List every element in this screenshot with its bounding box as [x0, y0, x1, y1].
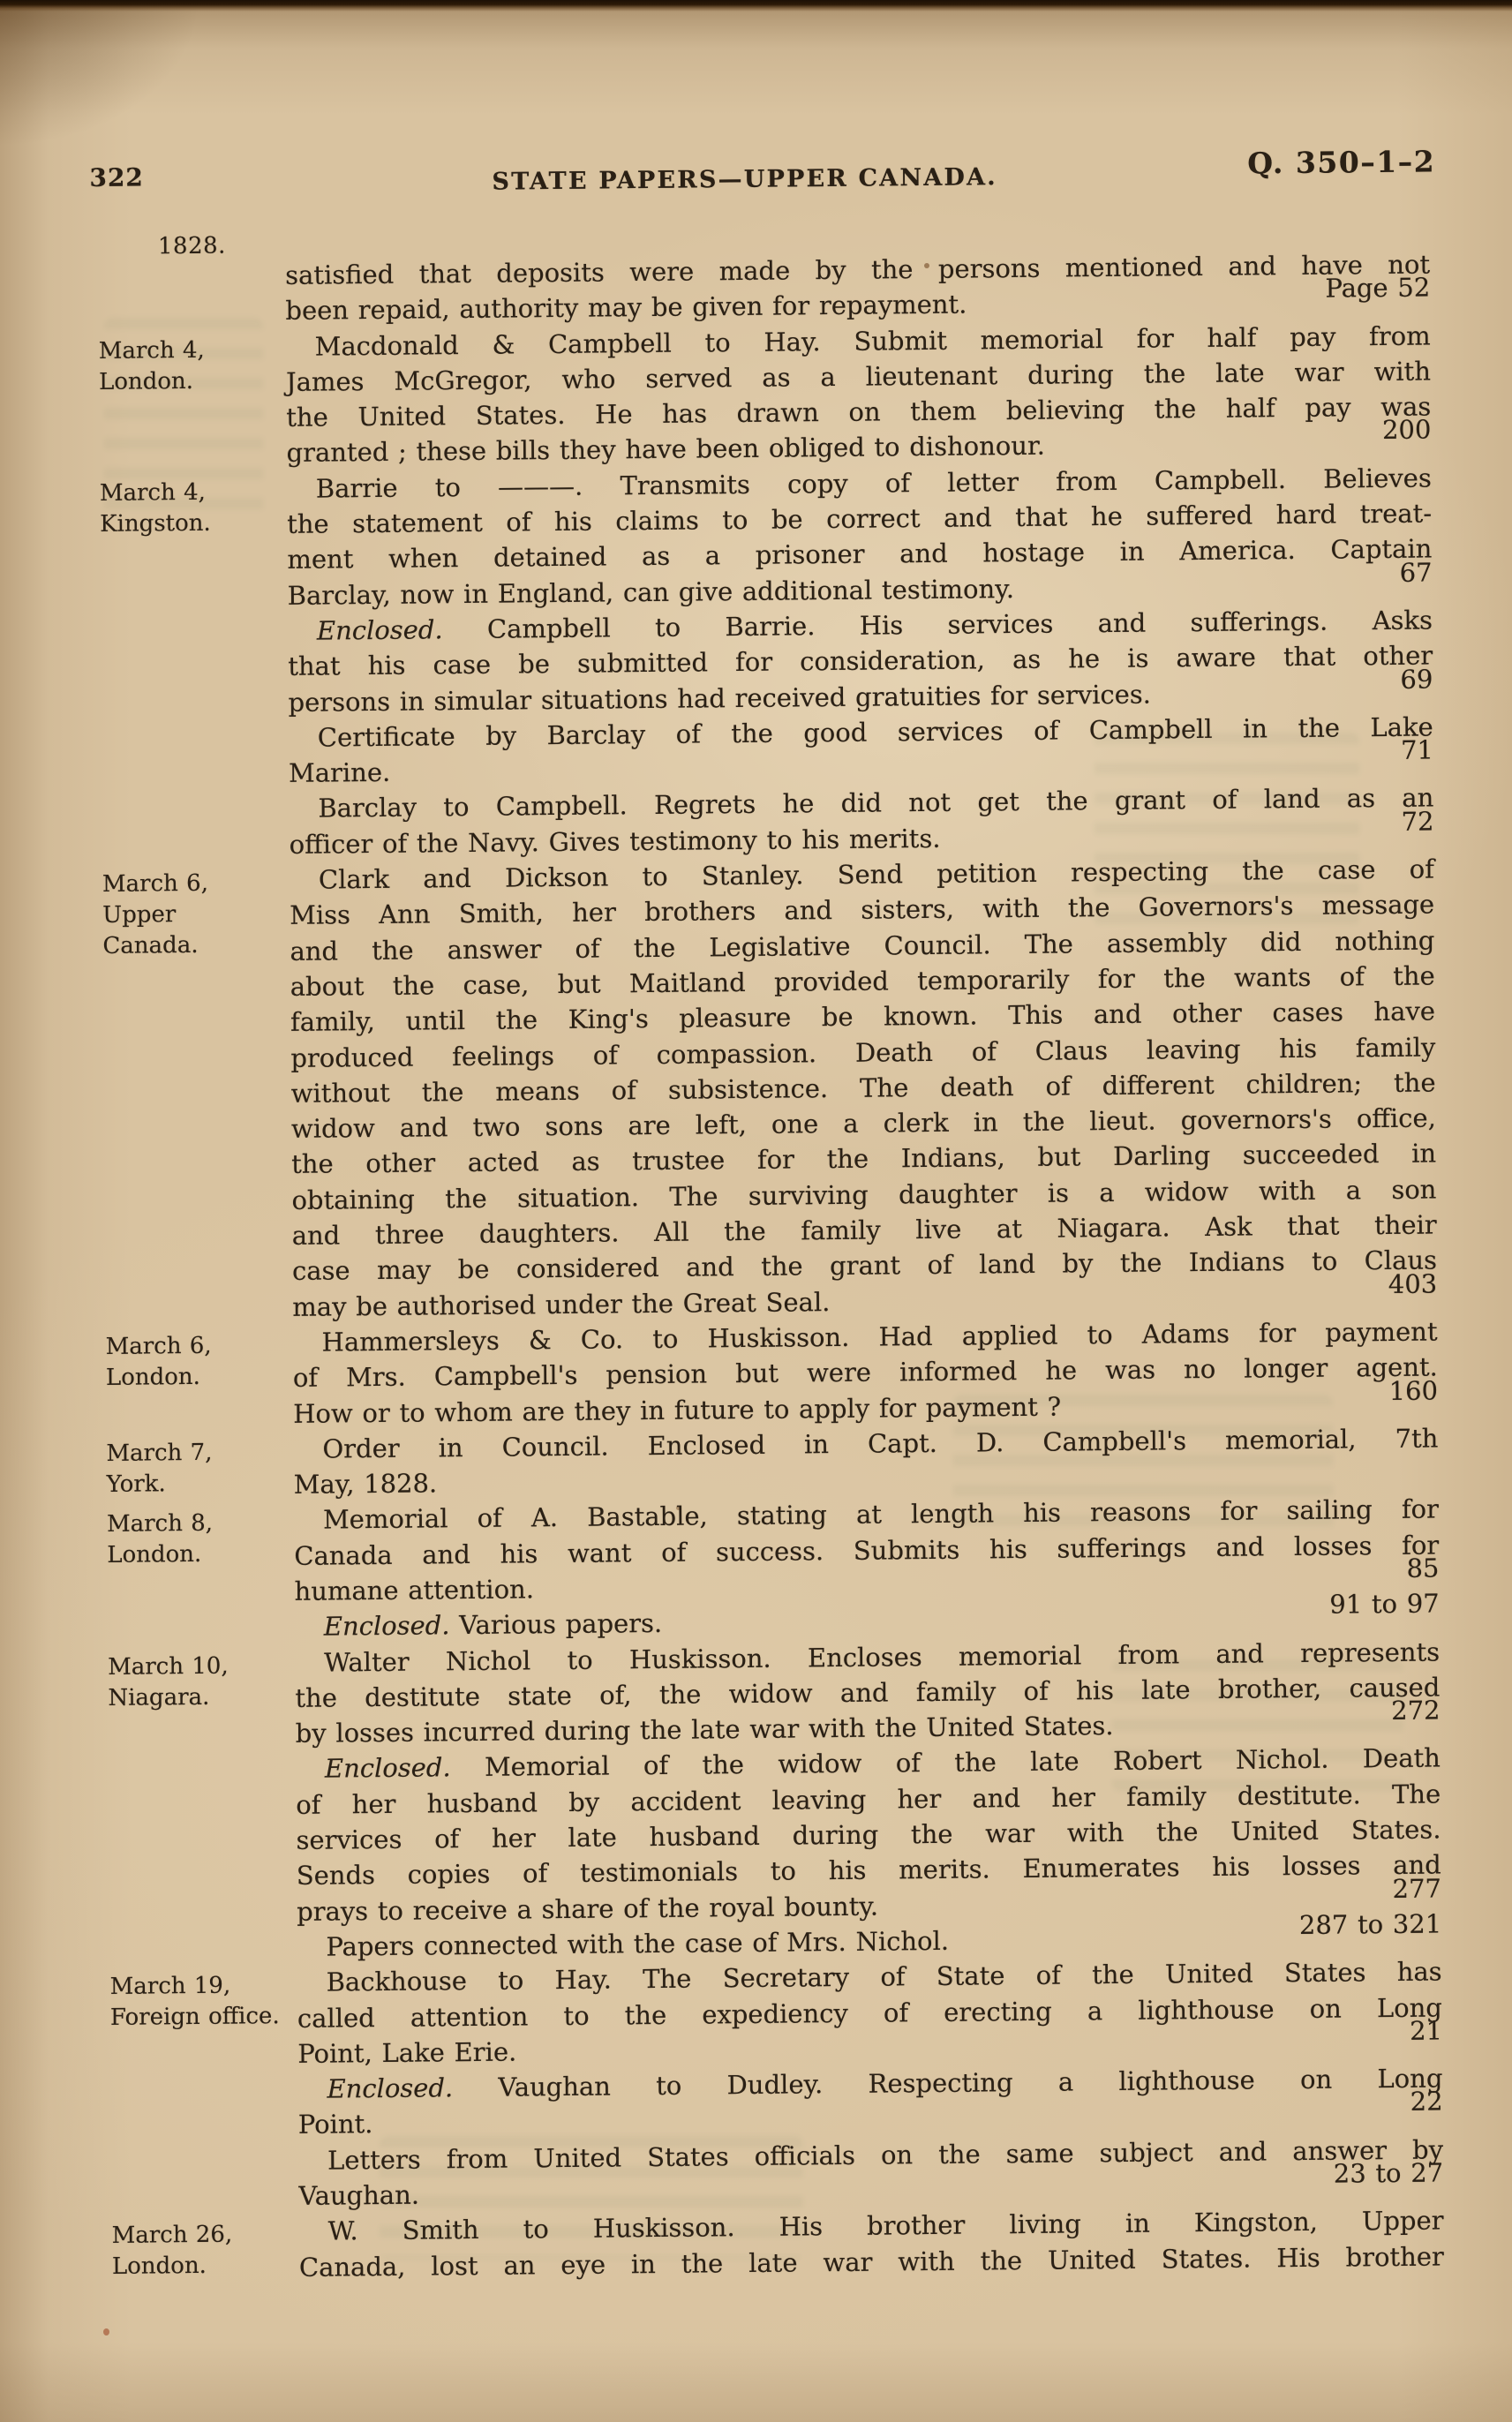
margin-date-line: York. — [107, 1468, 289, 1501]
index-entry: satisfied that deposits were made by the… — [285, 246, 1430, 328]
enclosed-italic-lead: Enclosed. — [317, 614, 443, 645]
page-ref: 21 — [1410, 2012, 1442, 2049]
page-ref: 22 — [1410, 2084, 1443, 2120]
page-ref: 200 — [1382, 412, 1432, 448]
margin-date-note: March 26,London. — [112, 2219, 294, 2283]
page-ref: Page 52 — [1325, 270, 1430, 306]
margin-date-note: March 4,London. — [99, 335, 281, 398]
index-entry: Enclosed. Memorial of the widow of the l… — [296, 1741, 1441, 1929]
margin-date-note: March 19,Foreign office. — [110, 1970, 292, 2034]
index-entry: Enclosed. Vaughan to Dudley. Respecting … — [297, 2061, 1442, 2143]
folio-reference: Q. 350–1–2 — [1247, 144, 1435, 180]
index-entry: Certificate by Barclay of the good servi… — [289, 709, 1433, 791]
margin-date-line: March 4, — [100, 477, 282, 509]
scanned-content: 322 STATE PAPERS—UPPER CANADA. Q. 350–1–… — [0, 0, 1512, 2422]
page-ref: 277 — [1392, 1870, 1441, 1907]
index-entries: satisfied that deposits were made by the… — [285, 246, 1444, 2284]
page-ref: 160 — [1389, 1373, 1439, 1409]
margin-date-line: March 7, — [106, 1437, 288, 1470]
margin-date-line: March 6, — [102, 868, 284, 900]
scan-edge-artifact — [0, 0, 1512, 11]
index-entry: March 8,London.Memorial of A. Bastable, … — [294, 1492, 1440, 1609]
margin-date-line: London. — [99, 365, 281, 398]
index-entry: March 10,Niagara.Walter Nichol to Huskis… — [295, 1634, 1441, 1751]
document-page: 322 STATE PAPERS—UPPER CANADA. Q. 350–1–… — [0, 0, 1512, 2422]
margin-date-line: Niagara. — [108, 1681, 290, 1714]
running-title: STATE PAPERS—UPPER CANADA. — [492, 163, 997, 195]
margin-date-note: March 6,UpperCanada. — [102, 868, 285, 962]
index-entry: Enclosed. Campbell to Barrie. His servic… — [288, 602, 1433, 719]
margin-date-line: March 19, — [110, 1970, 292, 2003]
page-ref: 272 — [1391, 1693, 1441, 1729]
margin-date-line: March 10, — [108, 1651, 290, 1683]
enclosed-italic-lead: Enclosed. — [325, 1753, 451, 1784]
margin-date-line: London. — [106, 1361, 288, 1394]
margin-date-line: March 8, — [107, 1508, 289, 1540]
margin-date-line: Foreign office. — [110, 2001, 292, 2034]
page-ref: 67 — [1399, 554, 1432, 590]
margin-date-line: London. — [112, 2250, 294, 2283]
page-ref: 287 to 321 — [1270, 1906, 1442, 1943]
margin-date-line: Upper — [102, 899, 284, 931]
margin-date-line: March 4, — [99, 335, 281, 367]
margin-date-line: Canada. — [102, 929, 284, 962]
index-entry: March 6,London.Hammersleys & Co. to Husk… — [292, 1313, 1438, 1431]
index-entry: March 4,Kingston.Barrie to ———. Transmit… — [287, 460, 1433, 613]
enclosed-italic-lead: Enclosed. — [324, 1611, 450, 1642]
page-ref: 85 — [1406, 1550, 1439, 1586]
year-label: 1828. — [158, 233, 226, 260]
page-ref: 23 to 27 — [1334, 2155, 1444, 2191]
page-ref: 91 to 97 — [1300, 1586, 1440, 1623]
margin-date-note: March 10,Niagara. — [108, 1651, 290, 1714]
index-entry: March 19,Foreign office.Backhouse to Hay… — [297, 1954, 1443, 2072]
page-ref: 403 — [1388, 1266, 1438, 1302]
index-entry: March 4,London.Macdonald & Campbell to H… — [286, 318, 1432, 471]
margin-date-note: March 4,Kingston. — [100, 477, 282, 540]
margin-date-note: March 7,York. — [106, 1437, 288, 1501]
margin-date-line: London. — [107, 1538, 289, 1571]
page-number: 322 — [89, 162, 144, 192]
margin-date-note: March 6,London. — [106, 1330, 288, 1394]
index-entry: March 26,London.W. Smith to Huskisson. H… — [299, 2203, 1444, 2285]
margin-date-line: March 6, — [106, 1330, 288, 1363]
index-entry: March 6,UpperCanada.Clark and Dickson to… — [290, 852, 1438, 1325]
index-entry: March 7,York.Order in Council. Enclosed … — [293, 1420, 1438, 1502]
margin-date-note: March 8,London. — [107, 1508, 289, 1571]
page-ref: 72 — [1401, 803, 1433, 839]
index-entry: Letters from United States officials on … — [298, 2132, 1443, 2214]
page-ref: 71 — [1401, 733, 1433, 769]
page-ref: 69 — [1400, 661, 1433, 697]
margin-date-line: Kingston. — [100, 508, 282, 540]
margin-date-line: March 26, — [112, 2219, 294, 2252]
enclosed-italic-lead: Enclosed. — [327, 2072, 453, 2103]
index-entry: Barclay to Campbell. Regrets he did not … — [289, 780, 1433, 862]
